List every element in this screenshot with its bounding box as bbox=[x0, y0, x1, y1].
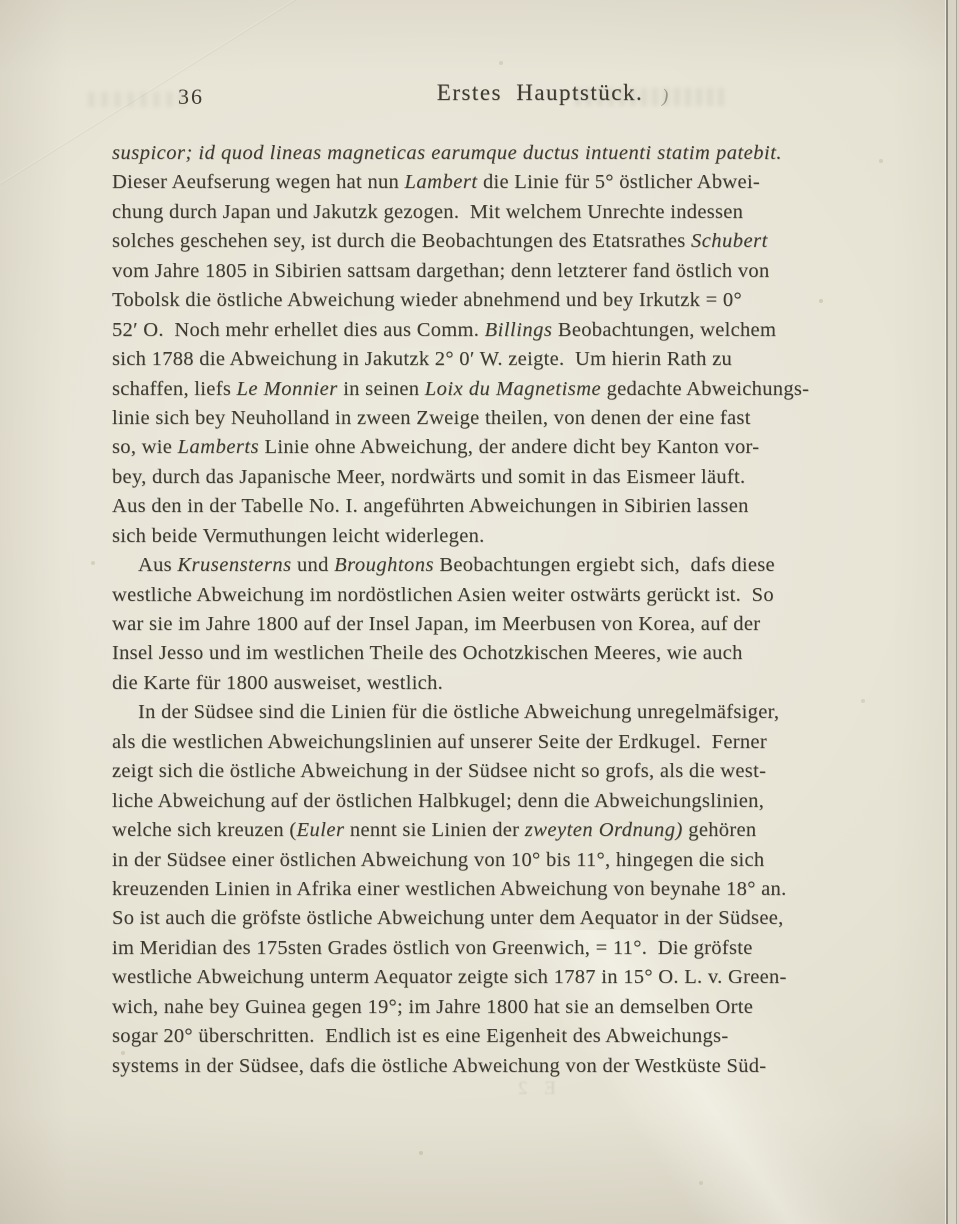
show-through-smudge-left bbox=[88, 92, 188, 107]
text-run: vom Jahre 1805 in Sibirien sattsam darge… bbox=[112, 260, 770, 282]
text-run: Krusensterns bbox=[177, 554, 291, 576]
text-line: chung durch Japan und Jakutzk gezogen. M… bbox=[112, 198, 908, 227]
text-run: zweyten Ordnung) bbox=[525, 819, 683, 841]
text-run: Tobolsk die östliche Abweichung wieder a… bbox=[112, 289, 742, 311]
text-line: in der Südsee einer östlichen Abweichung… bbox=[112, 846, 908, 875]
text-run: chung durch Japan und Jakutzk gezogen. M… bbox=[112, 201, 743, 223]
text-line: systems in der Südsee, dafs die östliche… bbox=[112, 1052, 908, 1081]
text-line: sogar 20° überschritten. Endlich ist es … bbox=[112, 1022, 908, 1051]
text-line: Aus den in der Tabelle No. I. angeführte… bbox=[112, 492, 908, 521]
text-line: In der Südsee sind die Linien für die ös… bbox=[112, 698, 908, 727]
text-run: Beobachtungen, welchem bbox=[552, 319, 776, 341]
text-run: liche Abweichung auf der östlichen Halbk… bbox=[112, 790, 764, 812]
book-page-scan: 36 Erstes Hauptstück. ) suspicor; id quo… bbox=[0, 0, 959, 1224]
text-run: Linie ohne Abweichung, der andere dicht … bbox=[259, 436, 759, 458]
text-run: schaffen, liefs bbox=[112, 378, 237, 400]
text-run: Beobachtungen ergiebt sich, dafs diese bbox=[434, 554, 775, 576]
text-run: Dieser Aeufserung wegen hat nun bbox=[112, 171, 405, 193]
text-run: Lamberts bbox=[178, 436, 259, 458]
text-run: Loix du Magnetisme bbox=[425, 378, 601, 400]
text-run: systems in der Südsee, dafs die östliche… bbox=[112, 1055, 766, 1077]
text-run: wich, nahe bey Guinea gegen 19°; im Jahr… bbox=[112, 996, 753, 1018]
text-line: linie sich bey Neuholland in zween Zweig… bbox=[112, 404, 908, 433]
text-run: So ist auch die gröfste östliche Abweich… bbox=[112, 907, 784, 929]
page-paper: 36 Erstes Hauptstück. ) suspicor; id quo… bbox=[0, 0, 959, 1224]
text-run: linie sich bey Neuholland in zween Zweig… bbox=[112, 407, 751, 429]
ink-mark: ) bbox=[662, 86, 668, 108]
text-run: suspicor; id quod lineas magneticas earu… bbox=[112, 142, 782, 164]
text-line: schaffen, liefs Le Monnier in seinen Loi… bbox=[112, 375, 908, 404]
text-line: Insel Jesso und im westlichen Theile des… bbox=[112, 639, 908, 668]
text-line: so, wie Lamberts Linie ohne Abweichung, … bbox=[112, 433, 908, 462]
text-line: war sie im Jahre 1800 auf der Insel Japa… bbox=[112, 610, 908, 639]
text-line: sich beide Vermuthungen leicht widerlege… bbox=[112, 522, 908, 551]
text-line: wich, nahe bey Guinea gegen 19°; im Jahr… bbox=[112, 993, 908, 1022]
text-line: westliche Abweichung unterm Aequator zei… bbox=[112, 963, 908, 992]
text-line: Aus Krusensterns und Broughtons Beobacht… bbox=[112, 551, 908, 580]
text-line: als die westlichen Abweichungslinien auf… bbox=[112, 728, 908, 757]
text-run: gehören bbox=[683, 819, 757, 841]
text-line: Tobolsk die östliche Abweichung wieder a… bbox=[112, 286, 908, 315]
text-run: 52′ O. Noch mehr erhellet dies aus Comm. bbox=[112, 319, 485, 341]
text-run: im Meridian des 175sten Grades östlich v… bbox=[112, 937, 753, 959]
text-line: im Meridian des 175sten Grades östlich v… bbox=[112, 934, 908, 963]
text-run: solches geschehen sey, ist durch die Beo… bbox=[112, 230, 691, 252]
text-run: nennt sie Linien der bbox=[345, 819, 525, 841]
text-line: kreuzenden Linien in Afrika einer westli… bbox=[112, 875, 908, 904]
text-run: Schubert bbox=[691, 230, 768, 252]
text-run: Insel Jesso und im westlichen Theile des… bbox=[112, 642, 743, 664]
text-run: welche sich kreuzen ( bbox=[112, 819, 296, 841]
text-run: Broughtons bbox=[334, 554, 434, 576]
text-run: Euler bbox=[296, 819, 344, 841]
text-run: gedachte Abweichungs- bbox=[601, 378, 809, 400]
text-run: als die westlichen Abweichungslinien auf… bbox=[112, 731, 767, 753]
text-line: suspicor; id quod lineas magneticas earu… bbox=[112, 139, 908, 168]
text-line: welche sich kreuzen (Euler nennt sie Lin… bbox=[112, 816, 908, 845]
paper-speckles bbox=[0, 0, 2, 2]
text-run: Billings bbox=[485, 319, 553, 341]
text-line: So ist auch die gröfste östliche Abweich… bbox=[112, 904, 908, 933]
text-run: In der Südsee sind die Linien für die ös… bbox=[138, 701, 779, 723]
text-run: westliche Abweichung im nordöstlichen As… bbox=[112, 584, 774, 606]
text-line: sich 1788 die Abweichung in Jakutzk 2° 0… bbox=[112, 345, 908, 374]
text-run: und bbox=[292, 554, 335, 576]
text-line: 52′ O. Noch mehr erhellet dies aus Comm.… bbox=[112, 316, 908, 345]
text-run: sich 1788 die Abweichung in Jakutzk 2° 0… bbox=[112, 348, 732, 370]
text-run: sogar 20° überschritten. Endlich ist es … bbox=[112, 1025, 728, 1047]
text-run: so, wie bbox=[112, 436, 178, 458]
text-run: die Karte für 1800 ausweiset, westlich. bbox=[112, 672, 443, 694]
text-run: war sie im Jahre 1800 auf der Insel Japa… bbox=[112, 613, 760, 635]
text-run: zeigt sich die östliche Abweichung in de… bbox=[112, 760, 766, 782]
text-run: Aus den in der Tabelle No. I. angeführte… bbox=[112, 495, 749, 517]
text-line: solches geschehen sey, ist durch die Beo… bbox=[112, 227, 908, 256]
text-line: liche Abweichung auf der östlichen Halbk… bbox=[112, 787, 908, 816]
text-run: kreuzenden Linien in Afrika einer westli… bbox=[112, 878, 787, 900]
text-run: Aus bbox=[138, 554, 177, 576]
text-run: Le Monnier bbox=[237, 378, 338, 400]
text-run: westliche Abweichung unterm Aequator zei… bbox=[112, 966, 787, 988]
text-line: vom Jahre 1805 in Sibirien sattsam darge… bbox=[112, 257, 908, 286]
text-line: zeigt sich die östliche Abweichung in de… bbox=[112, 757, 908, 786]
page-edge-line bbox=[946, 0, 948, 1224]
text-line: westliche Abweichung im nordöstlichen As… bbox=[112, 581, 908, 610]
text-line: Dieser Aeufserung wegen hat nun Lambert … bbox=[112, 168, 908, 197]
text-run: die Linie für 5° östlicher Abwei- bbox=[478, 171, 761, 193]
signature-show-through: E 2 bbox=[512, 1078, 556, 1100]
text-line: die Karte für 1800 ausweiset, westlich. bbox=[112, 669, 908, 698]
text-line: bey, durch das Japanische Meer, nordwärt… bbox=[112, 463, 908, 492]
body-text: suspicor; id quod lineas magneticas earu… bbox=[112, 139, 908, 1081]
text-run: Lambert bbox=[405, 171, 478, 193]
next-page-edge-line bbox=[956, 0, 957, 1224]
text-run: in der Südsee einer östlichen Abweichung… bbox=[112, 849, 764, 871]
text-run: sich beide Vermuthungen leicht widerlege… bbox=[112, 525, 485, 547]
text-run: in seinen bbox=[338, 378, 425, 400]
text-run: bey, durch das Japanische Meer, nordwärt… bbox=[112, 466, 745, 488]
